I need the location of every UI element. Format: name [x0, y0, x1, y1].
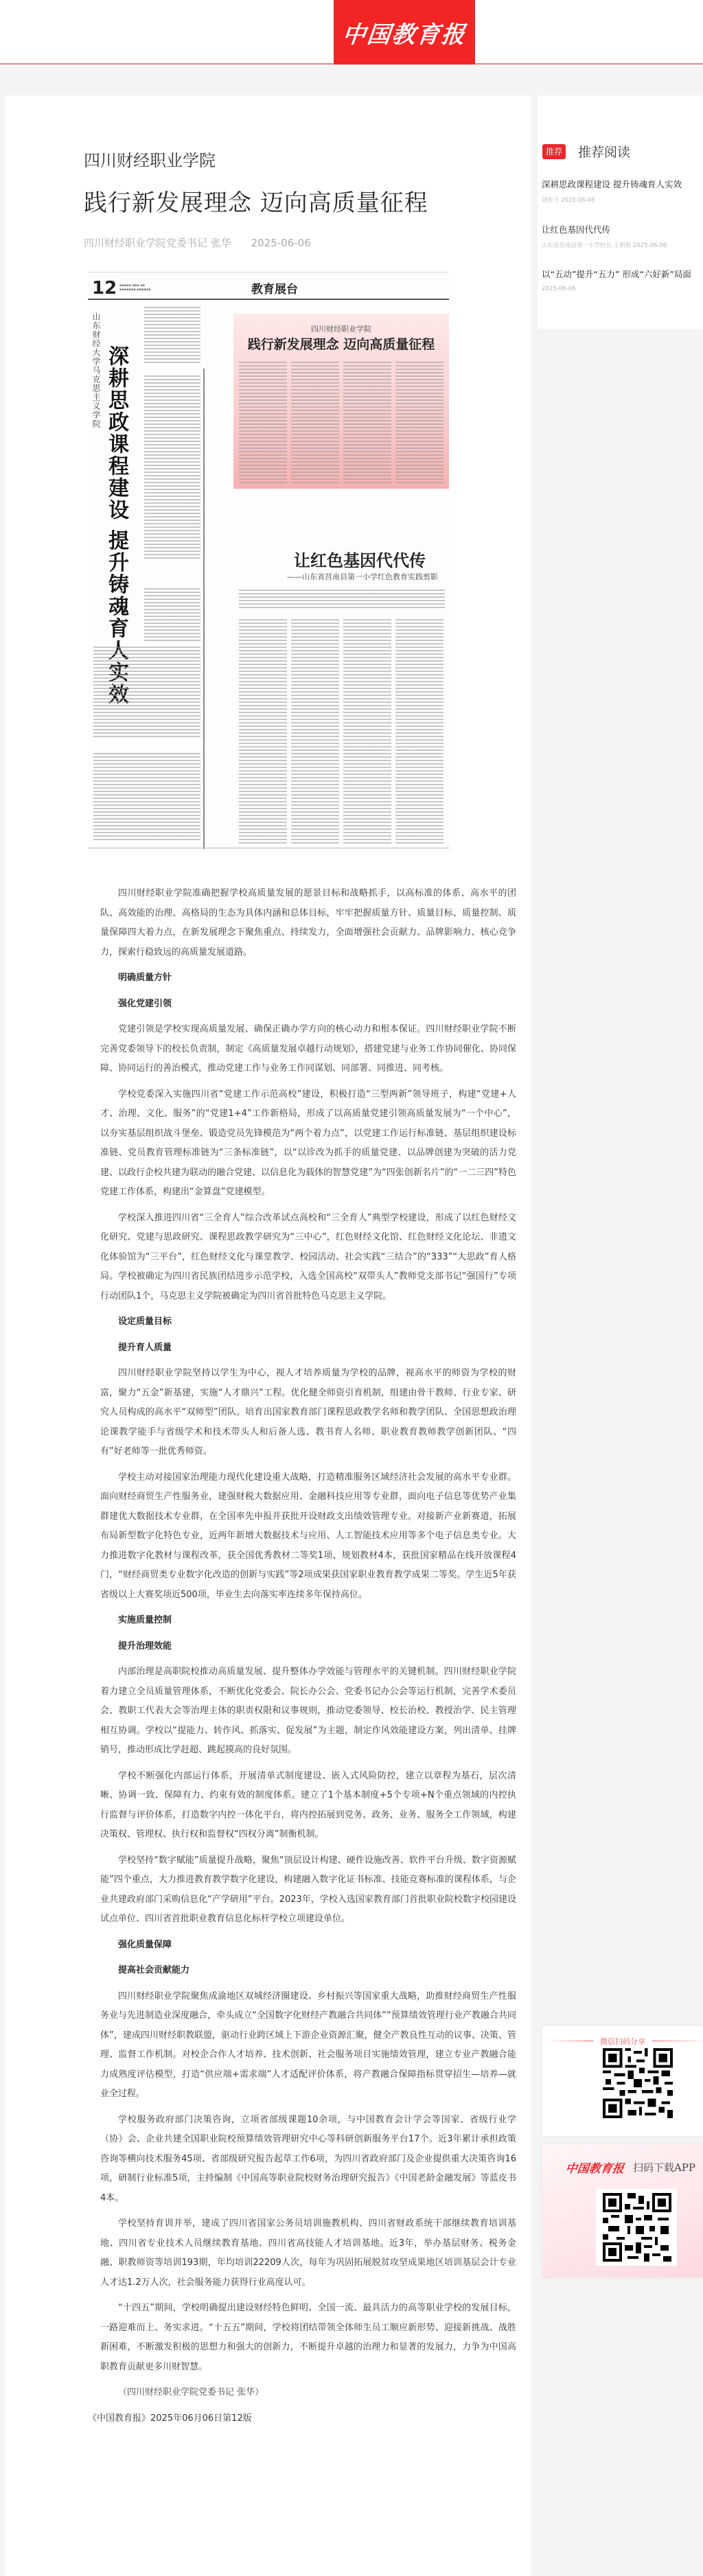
scan-text-block — [239, 619, 287, 846]
scan-featured-kicker: 四川财经职业学院 — [233, 323, 449, 334]
app-qr-code-icon[interactable] — [601, 2193, 673, 2262]
article-paragraph: 党建引领是学校实现高质量发展、确保正确办学方向的核心动力和根本保证。四川财经职业… — [100, 1020, 516, 1079]
article-paragraph: 学校坚持“数字赋能”质量提升战略，聚焦“顶层设计构建、硬件设施改善、软件平台升级… — [100, 1851, 516, 1929]
scan-text-block — [291, 362, 339, 485]
scan-text-block — [144, 375, 200, 561]
site-header: 中国教育报 — [0, 0, 703, 65]
subsection-heading: 提升育人质量 — [100, 1338, 516, 1358]
app-download-label: 扫码下载APP — [633, 2160, 695, 2174]
scan-text-block — [144, 307, 200, 363]
article-title: 践行新发展理念 迈向高质量征程 — [84, 184, 428, 218]
scan-text-block — [343, 362, 391, 485]
recommend-panel — [538, 95, 703, 329]
newspaper-page-image: 12 ▪▪▪▪▪ ▪▪▪ ▪▪▪▪▪▪▪▪▪ ▪▪▪▪▪▪ 教育展台 山东财经大… — [88, 272, 449, 854]
section-heading: 明确质量方针 — [100, 968, 516, 988]
article-paragraph: 四川财经职业学院准确把握学校高质量发展的愿景目标和战略抓手，以高标准的体系、高水… — [100, 884, 516, 962]
scan-lower-title: 让红色基因代代传 — [294, 547, 426, 571]
scan-text-block — [144, 588, 200, 643]
scan-text-block — [343, 619, 391, 846]
article-kicker: 四川财经职业学院 — [84, 147, 216, 171]
article-paragraph: 学校深入推进四川省“三全育人”综合改革试点高校和“三全育人”典型学校建设，形成了… — [100, 1209, 516, 1307]
article-paragraph: 学校坚持育训并举，建成了四川省国家公务员培训施教机构、四川省财政系统干部继续教育… — [100, 2214, 516, 2293]
recommend-title: 推荐阅读 — [578, 142, 630, 161]
article-paragraph: 学校不断强化内部运行体系，开展清单式制度建设、嵌入式风险防控，建立以章程为基石，… — [100, 1767, 516, 1845]
scan-text-block — [395, 362, 443, 485]
article-byline: 四川财经职业学院党委书记 张华 2025-06-06 — [84, 235, 311, 250]
wechat-share-label: 微信扫码分享 — [542, 2036, 703, 2047]
scan-lower-subtitle: ——山东省莒南县第一小学红色教育实践剪影 — [287, 571, 438, 582]
article-source: 《中国教育报》2025年06月06日第12版 — [88, 2409, 516, 2429]
app-download-card: 中国教育报 扫码下载APP — [542, 2144, 703, 2277]
recommend-item-title[interactable]: 让红色基因代代传 — [542, 223, 701, 237]
app-logo: 中国教育报 — [565, 2159, 625, 2176]
scan-masthead: 12 ▪▪▪▪▪ ▪▪▪ ▪▪▪▪▪▪▪▪▪ ▪▪▪▪▪▪ 教育展台 — [88, 278, 449, 300]
recommend-badge: 推荐 — [542, 144, 566, 159]
subsection-heading: 提高社会贡献能力 — [100, 1961, 516, 1981]
recommend-item[interactable]: 深耕思政课程建设 提升铸魂育人实效 刘东方 2025-06-06 — [542, 178, 701, 204]
scan-section-title: 教育展台 — [251, 279, 298, 297]
subsection-heading: 强化党建引领 — [100, 995, 516, 1014]
scan-text-block — [239, 590, 445, 610]
recommend-item-meta: 刘东方 2025-06-06 — [542, 196, 701, 204]
article-paragraph: 学校服务政府部门决策咨询，立项省部级课题10余项，与中国教育会计学会等国家、省级… — [100, 2111, 516, 2209]
recommend-item[interactable]: 让红色基因代代传 山东省莒南县第一小学校长 王莉艳 2025-06-06 — [542, 223, 701, 249]
article-author: 四川财经职业学院党委书记 张华 — [84, 237, 231, 249]
article-date: 2025-06-06 — [251, 237, 311, 249]
article-paragraph: 学校党委深入实施四川省“党建工作示范高校”建设，积极打造“三型两新”领导班子，构… — [100, 1085, 516, 1203]
recommend-item-title[interactable]: 深耕思政课程建设 提升铸魂育人实效 — [542, 178, 701, 192]
recommend-item-meta: 山东省莒南县第一小学校长 王莉艳 2025-06-06 — [542, 241, 701, 249]
wechat-share-card: 微信扫码分享 — [542, 2026, 703, 2136]
article-paragraph: 四川财经职业学院坚持以学生为中心，视人才培养质量为学校的品牌，视高水平的师资为学… — [100, 1364, 516, 1462]
scan-bottom-rule — [88, 848, 449, 848]
scan-page-info: ▪▪▪▪▪ ▪▪▪ ▪▪▪▪▪▪▪▪▪ ▪▪▪▪▪▪ — [119, 283, 168, 292]
wechat-qr-code-icon[interactable] — [601, 2048, 675, 2118]
section-heading: 强化质量保障 — [100, 1936, 516, 1956]
article-body: 四川财经职业学院准确把握学校高质量发展的愿景目标和战略抓手，以高标准的体系、高水… — [100, 884, 516, 2435]
article-paragraph: 学校主动对接国家治理能力现代化建设重大战略，打造精准服务区域经济社会发展的高水平… — [100, 1468, 516, 1605]
scan-featured-title: 践行新发展理念 迈向高质量征程 — [233, 334, 449, 353]
divider-line — [652, 2041, 703, 2041]
scan-left-subtitle: 山东财经大学马克思主义学院 — [91, 312, 102, 428]
article-paragraph: “十四五”期间，学校明确提出建设财经特色鲜明、全国一流、最具活力的高等职业学校的… — [100, 2299, 516, 2377]
scan-text-block — [395, 619, 443, 846]
scan-text-block — [239, 362, 287, 485]
scan-page-number: 12 — [92, 278, 117, 299]
scan-featured-story: 四川财经职业学院 践行新发展理念 迈向高质量征程 — [233, 314, 449, 489]
article-paragraph: 四川财经职业学院聚焦成渝地区双城经济圈建设、乡村振兴等国家重大战略，助推财经商贸… — [100, 1987, 516, 2104]
recommend-item-title[interactable]: 以“五动”提升“五力” 形成“六好新”局面 — [542, 268, 701, 281]
subsection-heading: 提升治理效能 — [100, 1637, 516, 1657]
section-heading: 实施质量控制 — [100, 1611, 516, 1631]
scan-text-block — [93, 753, 200, 842]
scan-text-block — [291, 619, 339, 846]
article-signature: （四川财经职业学院党委书记 张华） — [100, 2383, 516, 2403]
site-logo[interactable]: 中国教育报 — [334, 0, 475, 65]
scan-text-block — [93, 647, 200, 739]
article-paragraph: 内部治理是高职院校推动高质量发展、提升整体办学效能与管理水平的关键机制。四川财经… — [100, 1662, 516, 1761]
logo-text: 中国教育报 — [341, 16, 468, 49]
scan-column-divider — [203, 369, 205, 849]
recommend-item[interactable]: 以“五动”提升“五力” 形成“六好新”局面 2025-06-06 — [542, 268, 701, 292]
recommend-item-meta: 2025-06-06 — [542, 286, 701, 292]
section-heading: 设定质量目标 — [100, 1312, 516, 1332]
